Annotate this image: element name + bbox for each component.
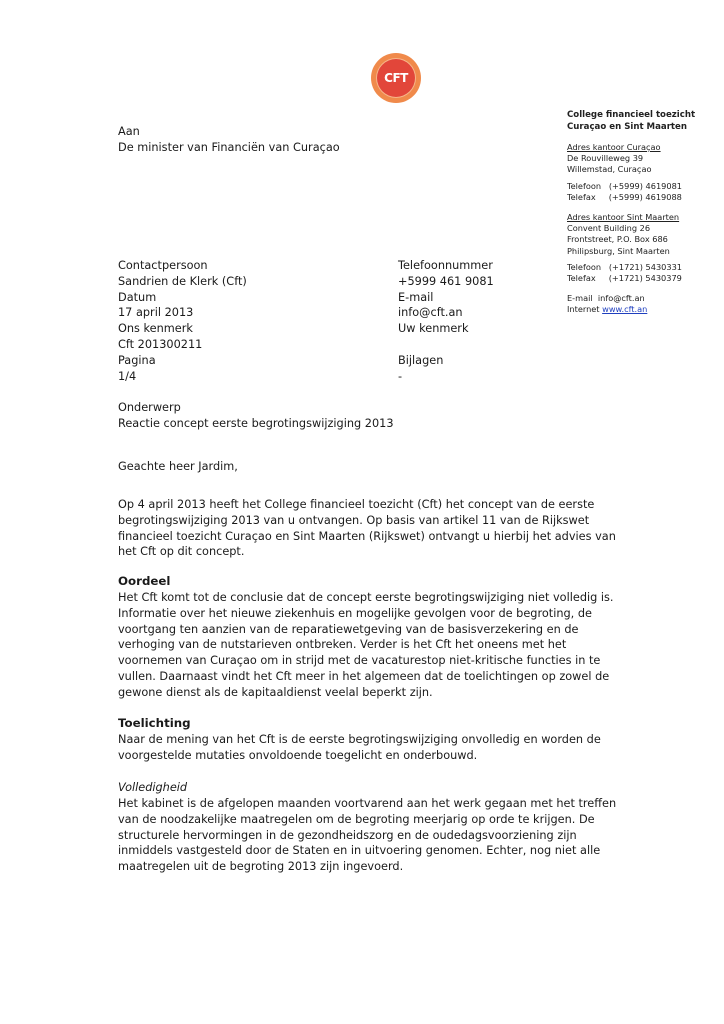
subject-label: Onderwerp: [118, 400, 394, 416]
subject-value: Reactie concept eerste begrotingswijzigi…: [118, 416, 394, 432]
meta-label-our-ref: Ons kenmerk: [118, 321, 247, 337]
intro-paragraph: Op 4 april 2013 heeft het College financ…: [118, 497, 638, 560]
meta-value-date: 17 april 2013: [118, 305, 247, 321]
addressee-block: Aan De minister van Financiën van Curaça…: [118, 124, 340, 156]
meta-value-phone: +5999 461 9081: [398, 274, 494, 290]
meta-label-phone: Telefoonnummer: [398, 258, 494, 274]
office-sxm-address3: Philipsburg, Sint Maarten: [567, 246, 717, 257]
office-curacao: Adres kantoor Curaçao De Rouvilleweg 39 …: [567, 142, 717, 203]
section-heading-toelichting: Toelichting: [118, 716, 638, 732]
sidebar-internet: Internet www.cft.an: [567, 304, 717, 315]
section-heading-oordeel: Oordeel: [118, 574, 638, 590]
toelichting-paragraph: Naar de mening van het Cft is de eerste …: [118, 732, 638, 764]
meta-value-your-ref: [398, 337, 494, 353]
meta-label-your-ref: Uw kenmerk: [398, 321, 494, 337]
text-line: van de noodzakelijke maatregelen om de b…: [118, 812, 638, 828]
meta-value-page: 1/4: [118, 369, 247, 385]
meta-value-email: info@cft.an: [398, 305, 494, 321]
meta-label-page: Pagina: [118, 353, 247, 369]
text-line: vullen. Daarnaast vindt het Cft meer in …: [118, 669, 638, 685]
addressee-name: De minister van Financiën van Curaçao: [118, 140, 340, 156]
meta-right-column: Telefoonnummer +5999 461 9081 E-mail inf…: [398, 258, 494, 384]
addressee-label: Aan: [118, 124, 340, 140]
meta-value-attachments: -: [398, 369, 494, 385]
text-line: Op 4 april 2013 heeft het College financ…: [118, 497, 638, 513]
office-sxm-phone: Telefoon (+1721) 5430331: [567, 262, 717, 273]
text-line: structurele hervormingen in de gezondhei…: [118, 828, 638, 844]
text-line: Informatie over het nieuwe ziekenhuis en…: [118, 606, 638, 622]
text-line: voornemen van Curaçao om in strijd met d…: [118, 653, 638, 669]
subject-block: Onderwerp Reactie concept eerste begroti…: [118, 400, 394, 432]
meta-label-contact: Contactpersoon: [118, 258, 247, 274]
text-line: Naar de mening van het Cft is de eerste …: [118, 732, 638, 748]
office-sxm-heading: Adres kantoor Sint Maarten: [567, 212, 717, 223]
website-link[interactable]: www.cft.an: [602, 304, 647, 314]
text-line: gewone dienst als de kapitaaldienst veel…: [118, 685, 638, 701]
text-line: voorgestelde mutaties onvoldoende toegel…: [118, 748, 638, 764]
office-curacao-heading: Adres kantoor Curaçao: [567, 142, 717, 153]
office-curacao-address1: De Rouvilleweg 39: [567, 153, 717, 164]
office-sxm-fax: Telefax (+1721) 5430379: [567, 273, 717, 284]
text-line: inmiddels vastgesteld door de Staten en …: [118, 843, 638, 859]
text-line: financieel toezicht Curaçao en Sint Maar…: [118, 529, 638, 545]
org-line-1: College financieel toezicht: [567, 110, 717, 122]
organization-name: College financieel toezicht Curaçao en S…: [567, 110, 717, 133]
sidebar-email: E-mail info@cft.an: [567, 293, 717, 304]
text-line: voortgang ten aanzien van de reparatiewe…: [118, 622, 638, 638]
office-curacao-address2: Willemstad, Curaçao: [567, 164, 717, 175]
subsection-heading-volledigheid: Volledigheid: [118, 780, 638, 796]
office-curacao-phone: Telefoon (+5999) 4619081: [567, 181, 717, 192]
salutation: Geachte heer Jardim,: [118, 459, 238, 475]
text-line: het Cft op dit concept.: [118, 544, 638, 560]
logo-text: CFT: [384, 71, 408, 85]
org-line-2: Curaçao en Sint Maarten: [567, 122, 717, 134]
meta-label-date: Datum: [118, 290, 247, 306]
text-line: begrotingswijziging 2013 van u ontvangen…: [118, 513, 638, 529]
meta-label-attachments: Bijlagen: [398, 353, 494, 369]
cft-logo: CFT: [371, 53, 421, 103]
text-line: Het Cft komt tot de conclusie dat de con…: [118, 590, 638, 606]
text-line: maatregelen uit de begroting 2013 zijn i…: [118, 859, 638, 875]
internet-label: Internet: [567, 304, 602, 314]
office-sxm-address2: Frontstreet, P.O. Box 686: [567, 234, 717, 245]
text-line: Het kabinet is de afgelopen maanden voor…: [118, 796, 638, 812]
meta-value-contact: Sandrien de Klerk (Cft): [118, 274, 247, 290]
oordeel-paragraph: Het Cft komt tot de conclusie dat de con…: [118, 590, 638, 701]
office-curacao-fax: Telefax (+5999) 4619088: [567, 192, 717, 203]
office-sint-maarten: Adres kantoor Sint Maarten Convent Build…: [567, 212, 717, 284]
text-line: verhoging van de nutstarieven ontbreken.…: [118, 637, 638, 653]
volledigheid-paragraph: Het kabinet is de afgelopen maanden voor…: [118, 796, 638, 875]
cft-seal-icon: CFT: [377, 59, 415, 97]
meta-value-our-ref: Cft 201300211: [118, 337, 247, 353]
letterhead-sidebar: College financieel toezicht Curaçao en S…: [567, 110, 717, 316]
meta-left-column: Contactpersoon Sandrien de Klerk (Cft) D…: [118, 258, 247, 384]
meta-label-email: E-mail: [398, 290, 494, 306]
office-sxm-address1: Convent Building 26: [567, 223, 717, 234]
